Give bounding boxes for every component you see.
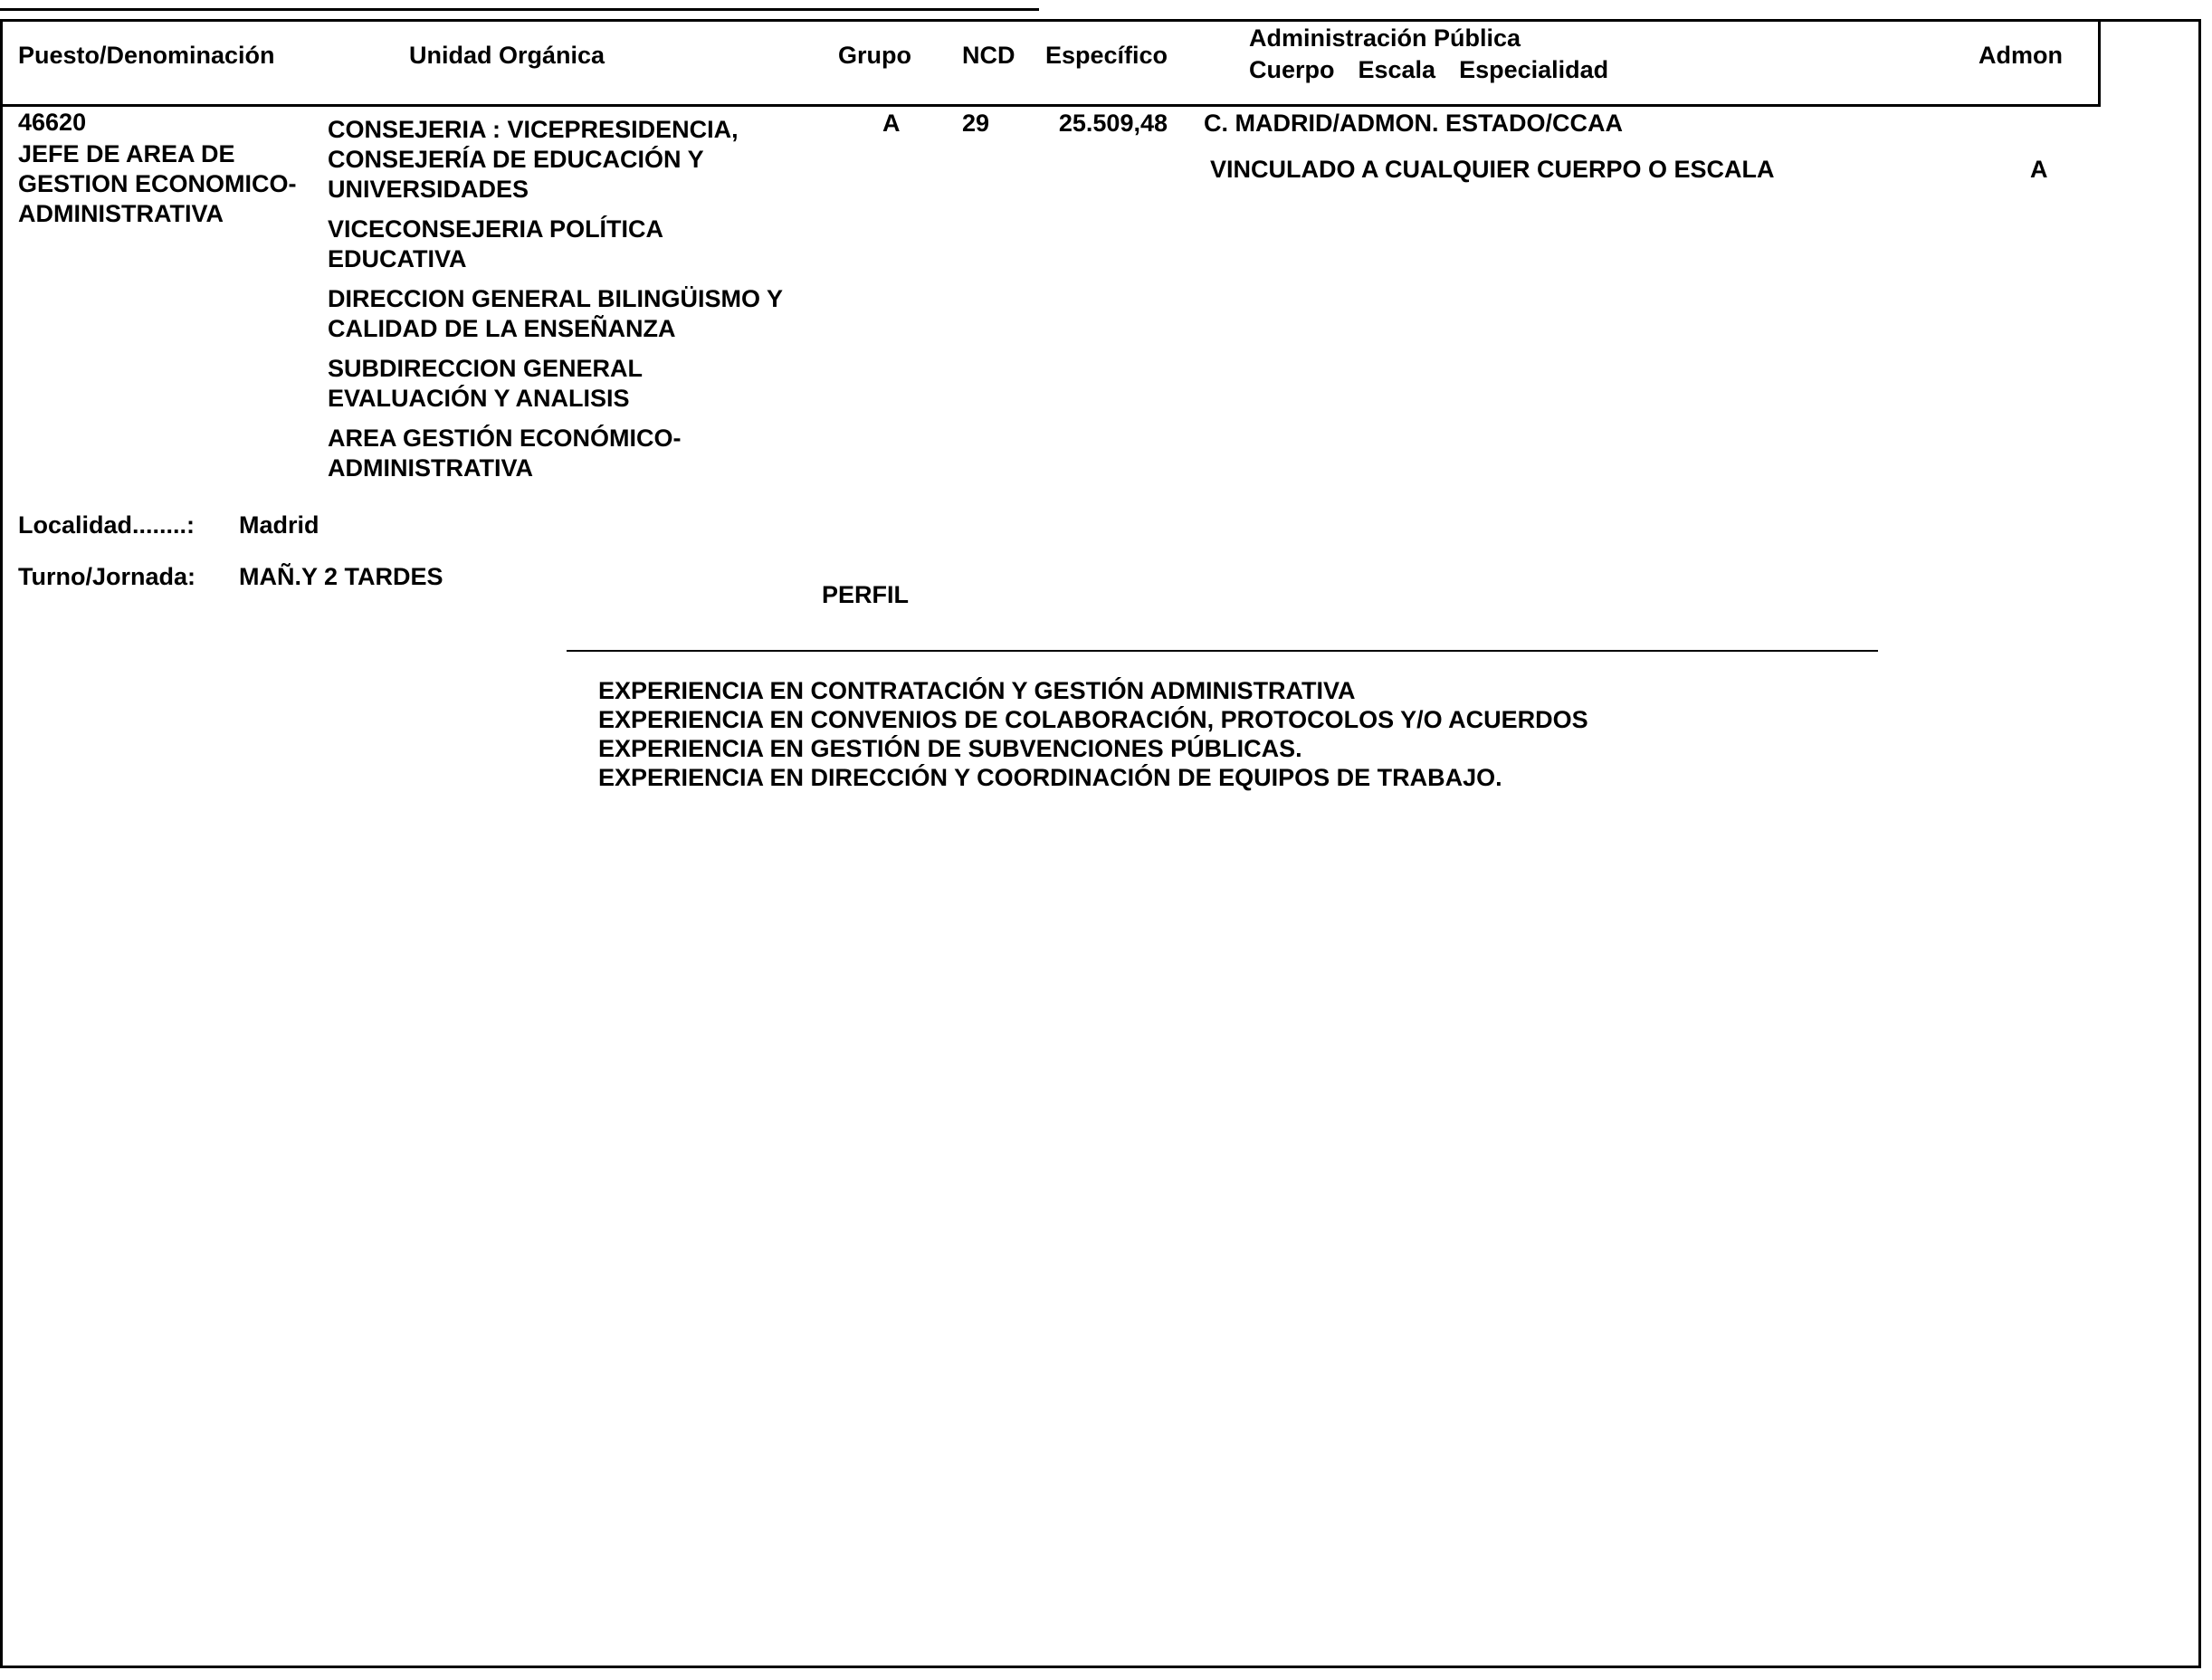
- unidad-organica-area: AREA GESTIÓN ECONÓMICO- ADMINISTRATIVA: [328, 424, 889, 483]
- column-header-admon: Admon: [1978, 42, 2063, 70]
- perfil-items: EXPERIENCIA EN CONTRATACIÓN Y GESTIÓN AD…: [598, 676, 1588, 792]
- puesto-code: 46620: [18, 109, 86, 137]
- localidad-label: Localidad........:: [18, 511, 195, 539]
- puesto-denominacion: JEFE DE AREA DE GESTION ECONOMICO- ADMIN…: [18, 139, 330, 229]
- subheader-cuerpo: Cuerpo: [1249, 56, 1335, 84]
- admon-value: A: [2030, 156, 2048, 184]
- header-bottom-rule: [0, 104, 2101, 107]
- unidad-organica-subdireccion-general: SUBDIRECCION GENERAL EVALUACIÓN Y ANALIS…: [328, 354, 889, 414]
- column-header-puesto-denominacion: Puesto/Denominación: [18, 42, 275, 70]
- grupo-value: A: [882, 110, 901, 138]
- turno-jornada-label: Turno/Jornada:: [18, 563, 195, 591]
- ncd-value: 29: [962, 110, 989, 138]
- column-header-especifico: Específico: [1045, 42, 1168, 70]
- unidad-organica-consejeria: CONSEJERIA : VICEPRESIDENCIA, CONSEJERÍA…: [328, 115, 889, 205]
- perfil-title: PERFIL: [822, 581, 909, 609]
- localidad-value: Madrid: [239, 511, 319, 539]
- cuerpo-escala-value: VINCULADO A CUALQUIER CUERPO O ESCALA: [1210, 156, 1775, 184]
- column-header-ncd: NCD: [962, 42, 1015, 70]
- header-right-divider: [2098, 19, 2101, 107]
- unidad-organica-direccion-general: DIRECCION GENERAL BILINGÜISMO Y CALIDAD …: [328, 284, 889, 344]
- column-header-administracion-publica: Administración Pública: [1249, 24, 1521, 52]
- column-header-grupo: Grupo: [838, 42, 911, 70]
- document-page: Puesto/Denominación Unidad Orgánica Grup…: [0, 0, 2212, 1680]
- unidad-organica-column: CONSEJERIA : VICEPRESIDENCIA, CONSEJERÍA…: [328, 115, 889, 493]
- administracion-publica-value: C. MADRID/ADMON. ESTADO/CCAA: [1204, 110, 1623, 138]
- turno-jornada-value: MAÑ.Y 2 TARDES: [239, 563, 443, 591]
- column-header-cuerpo-escala-especialidad: Cuerpo Escala Especialidad: [1249, 56, 1608, 84]
- subheader-escala: Escala: [1359, 56, 1436, 84]
- top-partial-rule: [0, 8, 1039, 11]
- unidad-organica-viceconsejeria: VICECONSEJERIA POLÍTICA EDUCATIVA: [328, 215, 889, 274]
- subheader-especialidad: Especialidad: [1459, 56, 1608, 84]
- especifico-value: 25.509,48: [1027, 110, 1168, 138]
- perfil-rule: [567, 650, 1878, 652]
- column-header-unidad-organica: Unidad Orgánica: [409, 42, 605, 70]
